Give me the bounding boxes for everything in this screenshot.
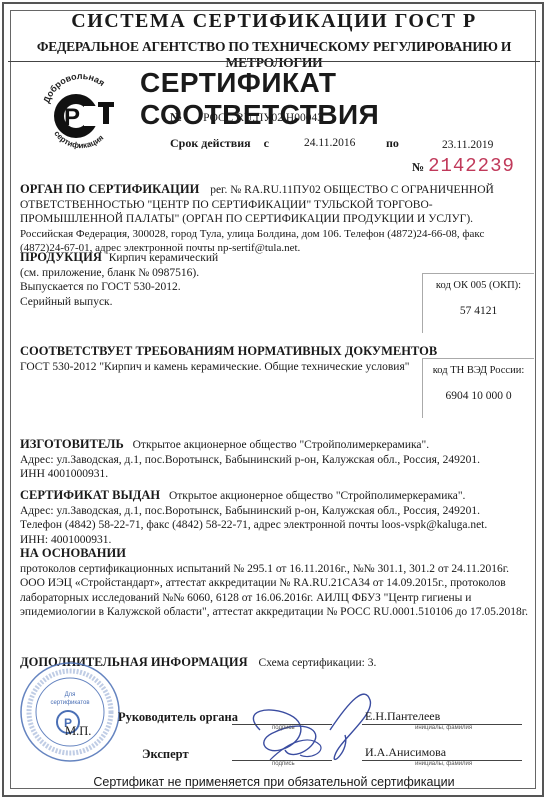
blank-number: 2142239 — [428, 155, 515, 177]
okp-code-label: код ОК 005 (ОКП): — [423, 280, 534, 291]
tnved-code-value: 6904 10 000 0 — [423, 390, 534, 402]
expert-name: И.А.Анисимова — [365, 745, 446, 760]
product-label: ПРОДУКЦИЯ — [20, 250, 102, 264]
issued-to-address: Адрес: ул.Заводская, д.1, пос.Воротынск,… — [20, 505, 480, 517]
stamp-label: М.П. — [65, 724, 91, 739]
name-caption-expert: инициалы, фамилия — [415, 761, 472, 767]
signature-caption-head: подпись — [272, 725, 295, 731]
from-date: 24.11.2016 — [304, 137, 355, 149]
tnved-code-box: код ТН ВЭД России: 6904 10 000 0 — [422, 358, 534, 418]
certification-body-section: ОРГАН ПО СЕРТИФИКАЦИИ рег. № RA.RU.11ПУ0… — [20, 182, 528, 256]
issued-to-name: Открытое акционерное общество "Стройполи… — [169, 490, 465, 502]
signature-caption-expert: подпись — [272, 761, 295, 767]
certification-body-label: ОРГАН ПО СЕРТИФИКАЦИИ — [20, 182, 199, 196]
product-standard: Выпускается по ГОСТ 530-2012. — [20, 281, 181, 293]
issued-to-section: СЕРТИФИКАТ ВЫДАН Открытое акционерное об… — [20, 488, 528, 547]
blank-number-row: № 2142239 — [412, 155, 515, 177]
basis-text: протоколов сертификационных испытаний № … — [20, 563, 528, 619]
registration-number: РОСС RU.ПУ02.Н00043 — [203, 112, 323, 124]
product-name: Кирпич керамический — [109, 252, 218, 264]
product-section: ПРОДУКЦИЯ Кирпич керамический (см. прило… — [20, 250, 408, 309]
manufacturer-inn: ИНН 4001000931. — [20, 468, 108, 480]
number-label: № — [170, 110, 182, 124]
validity-row: Срок действия с 24.11.2016 по 23.11.2019 — [170, 136, 530, 151]
basis-label: НА ОСНОВАНИИ — [20, 546, 126, 560]
manufacturer-label: ИЗГОТОВИТЕЛЬ — [20, 437, 124, 451]
svg-text:P: P — [64, 104, 80, 131]
to-label: по — [386, 136, 399, 151]
manufacturer-section: ИЗГОТОВИТЕЛЬ Открытое акционерное общест… — [20, 437, 528, 482]
to-date: 23.11.2019 — [442, 139, 493, 151]
blank-number-label: № — [412, 160, 424, 174]
svg-text:сертификатов: сертификатов — [50, 700, 89, 706]
svg-text:Для: Для — [65, 692, 76, 698]
conformity-label: СООТВЕТСТВУЕТ ТРЕБОВАНИЯМ НОРМАТИВНЫХ ДО… — [20, 344, 437, 358]
footer-note: Сертификат не применяется при обязательн… — [0, 775, 548, 789]
registration-number-row: № РОСС RU.ПУ02.Н00043 — [170, 110, 323, 125]
organ-stamp-icon: Для сертификатов P — [18, 660, 122, 764]
issued-to-contacts: Телефон (4842) 58-22-71, факс (4842) 58-… — [20, 519, 487, 531]
manufacturer-address: Адрес: ул.Заводская, д.1, пос.Воротынск,… — [20, 454, 480, 466]
rst-certification-logo-icon: Добровольная сертификация P — [36, 72, 126, 154]
tnved-code-label: код ТН ВЭД России: — [423, 365, 534, 376]
issued-to-label: СЕРТИФИКАТ ВЫДАН — [20, 488, 160, 502]
head-name: Е.Н.Пантелеев — [365, 709, 440, 724]
from-label: с — [264, 136, 269, 150]
divider — [8, 61, 540, 62]
product-release: Серийный выпуск. — [20, 296, 113, 308]
issued-to-inn: ИНН: 4001000931. — [20, 534, 111, 546]
expert-label: Эксперт — [142, 747, 189, 762]
product-appendix: (см. приложение, бланк № 0987516). — [20, 267, 199, 279]
name-caption-head: инициалы, фамилия — [415, 725, 472, 731]
conformity-text: ГОСТ 530-2012 "Кирпич и камень керамичес… — [20, 361, 409, 373]
conformity-section: СООТВЕТСТВУЕТ ТРЕБОВАНИЯМ НОРМАТИВНЫХ ДО… — [20, 344, 418, 374]
head-label: Руководитель органа — [118, 710, 238, 725]
additional-info-text: Схема сертификации: 3. — [259, 657, 377, 669]
okp-code-box: код ОК 005 (ОКП): 57 4121 — [422, 273, 534, 333]
validity-label: Срок действия — [170, 136, 251, 150]
manufacturer-name: Открытое акционерное общество "Стройполи… — [133, 439, 429, 451]
basis-section: НА ОСНОВАНИИ протоколов сертификационных… — [20, 546, 528, 620]
system-title: СИСТЕМА СЕРТИФИКАЦИИ ГОСТ Р — [0, 10, 548, 33]
okp-code-value: 57 4121 — [423, 305, 534, 317]
